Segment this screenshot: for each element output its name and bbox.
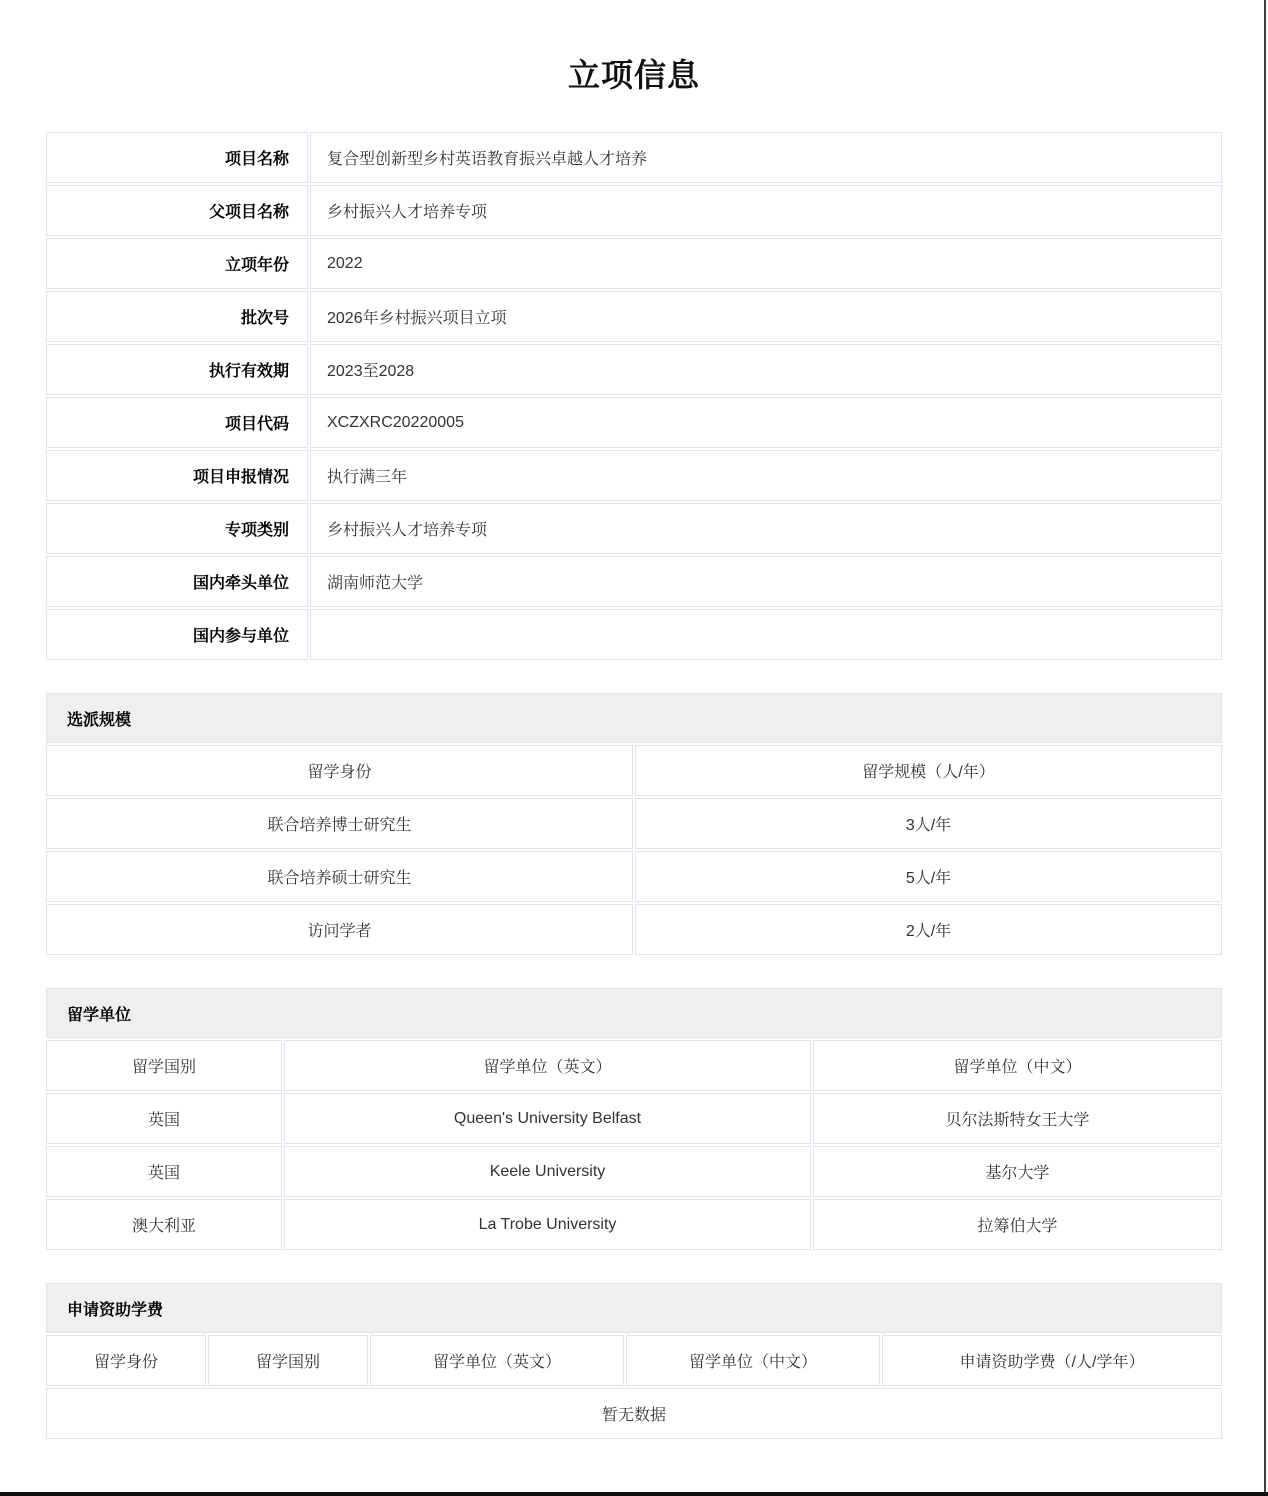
table-row: 英国 Keele University 基尔大学 [46,1146,1222,1197]
field-label: 立项年份 [46,238,308,289]
table-row: 项目代码 XCZXRC20220005 [46,397,1222,448]
table-cell: 贝尔法斯特女王大学 [813,1093,1222,1144]
study-institutions-table: 留学单位 留学国别 留学单位（英文） 留学单位（中文） 英国 Queen's U… [44,986,1224,1252]
project-info-page: 立项信息 项目名称 复合型创新型乡村英语教育振兴卓越人才培养 父项目名称 乡村振… [0,50,1268,1441]
section-title-row: 选派规模 [46,693,1222,743]
field-label: 项目代码 [46,397,308,448]
field-value [310,609,1222,660]
field-value: XCZXRC20220005 [310,397,1222,448]
table-header-row: 留学国别 留学单位（英文） 留学单位（中文） [46,1040,1222,1091]
table-cell: 英国 [46,1093,282,1144]
table-row: 澳大利亚 La Trobe University 拉筹伯大学 [46,1199,1222,1250]
table-cell: 5人/年 [635,851,1222,902]
column-header: 留学身份 [46,745,633,796]
field-label: 父项目名称 [46,185,308,236]
field-label: 国内参与单位 [46,609,308,660]
table-cell: 2人/年 [635,904,1222,955]
table-cell: 拉筹伯大学 [813,1199,1222,1250]
column-header: 申请资助学费（/人/学年） [882,1335,1222,1386]
field-value: 乡村振兴人才培养专项 [310,503,1222,554]
column-header: 留学规模（人/年） [635,745,1222,796]
field-value: 2022 [310,238,1222,289]
table-row: 执行有效期 2023至2028 [46,344,1222,395]
field-value: 乡村振兴人才培养专项 [310,185,1222,236]
window-bottom-edge [0,1492,1268,1496]
table-cell: La Trobe University [284,1199,811,1250]
empty-data-cell: 暂无数据 [46,1388,1222,1439]
table-row: 项目申报情况 执行满三年 [46,450,1222,501]
field-value: 2023至2028 [310,344,1222,395]
table-row: 暂无数据 [46,1388,1222,1439]
page-title: 立项信息 [44,50,1224,96]
table-row: 立项年份 2022 [46,238,1222,289]
section-title: 留学单位 [46,988,1222,1038]
table-cell: 英国 [46,1146,282,1197]
column-header: 留学国别 [46,1040,282,1091]
field-label: 项目申报情况 [46,450,308,501]
section-title-row: 留学单位 [46,988,1222,1038]
table-row: 专项类别 乡村振兴人才培养专项 [46,503,1222,554]
section-title: 申请资助学费 [46,1283,1222,1333]
column-header: 留学单位（中文） [813,1040,1222,1091]
table-row: 国内参与单位 [46,609,1222,660]
table-row: 英国 Queen's University Belfast 贝尔法斯特女王大学 [46,1093,1222,1144]
table-header-row: 留学身份 留学规模（人/年） [46,745,1222,796]
table-cell: Queen's University Belfast [284,1093,811,1144]
table-cell: 联合培养硕士研究生 [46,851,633,902]
tuition-application-table: 申请资助学费 留学身份 留学国别 留学单位（英文） 留学单位（中文） 申请资助学… [44,1281,1224,1441]
table-row: 联合培养博士研究生 3人/年 [46,798,1222,849]
field-value: 复合型创新型乡村英语教育振兴卓越人才培养 [310,132,1222,183]
column-header: 留学身份 [46,1335,206,1386]
field-label: 国内牵头单位 [46,556,308,607]
section-title-row: 申请资助学费 [46,1283,1222,1333]
field-value: 2026年乡村振兴项目立项 [310,291,1222,342]
table-cell: 访问学者 [46,904,633,955]
column-header: 留学单位（中文） [626,1335,880,1386]
table-cell: 联合培养博士研究生 [46,798,633,849]
column-header: 留学国别 [208,1335,368,1386]
window-right-edge [1264,0,1266,1496]
table-header-row: 留学身份 留学国别 留学单位（英文） 留学单位（中文） 申请资助学费（/人/学年… [46,1335,1222,1386]
table-row: 访问学者 2人/年 [46,904,1222,955]
selection-scale-table: 选派规模 留学身份 留学规模（人/年） 联合培养博士研究生 3人/年 联合培养硕… [44,691,1224,957]
project-info-table: 项目名称 复合型创新型乡村英语教育振兴卓越人才培养 父项目名称 乡村振兴人才培养… [44,130,1224,662]
field-value: 湖南师范大学 [310,556,1222,607]
column-header: 留学单位（英文） [370,1335,624,1386]
field-label: 项目名称 [46,132,308,183]
table-cell: 3人/年 [635,798,1222,849]
table-cell: 基尔大学 [813,1146,1222,1197]
column-header: 留学单位（英文） [284,1040,811,1091]
table-cell: Keele University [284,1146,811,1197]
table-row: 批次号 2026年乡村振兴项目立项 [46,291,1222,342]
table-row: 父项目名称 乡村振兴人才培养专项 [46,185,1222,236]
table-row: 联合培养硕士研究生 5人/年 [46,851,1222,902]
field-label: 执行有效期 [46,344,308,395]
field-label: 批次号 [46,291,308,342]
field-label: 专项类别 [46,503,308,554]
section-title: 选派规模 [46,693,1222,743]
table-cell: 澳大利亚 [46,1199,282,1250]
table-row: 项目名称 复合型创新型乡村英语教育振兴卓越人才培养 [46,132,1222,183]
field-value: 执行满三年 [310,450,1222,501]
table-row: 国内牵头单位 湖南师范大学 [46,556,1222,607]
